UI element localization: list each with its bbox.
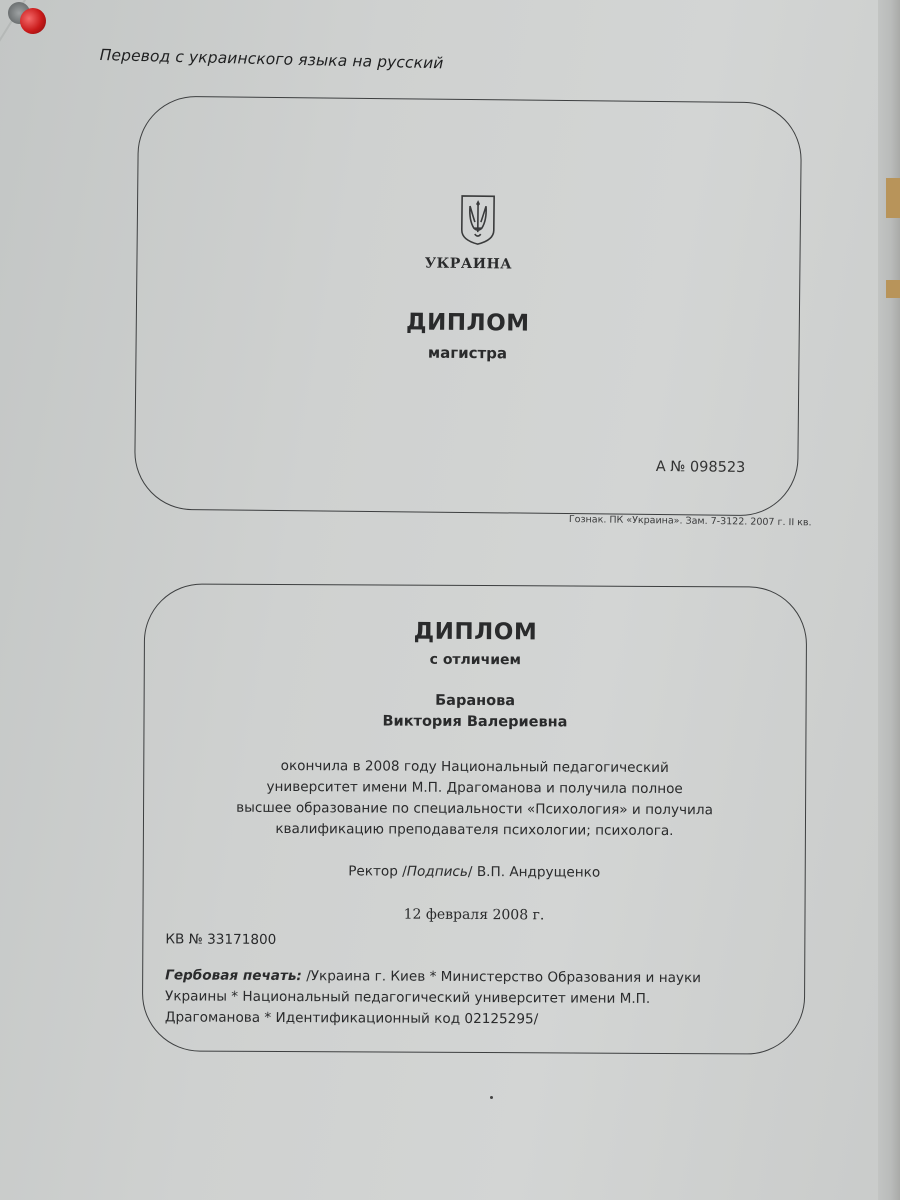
paper-speck bbox=[490, 1096, 493, 1099]
inner-title: ДИПЛОМ bbox=[145, 617, 806, 646]
page-tab bbox=[886, 280, 900, 298]
trident-coat-of-arms-icon bbox=[460, 194, 497, 246]
registration-number: КВ № 33171800 bbox=[165, 931, 276, 948]
graduate-given-names: Виктория Валериевна bbox=[144, 712, 805, 731]
rector-signature-line: Ректор /Подпись/ В.П. Андрущенко bbox=[144, 862, 805, 881]
diploma-cover-frame: УКРАИНА ДИПЛОМ магистра А № 098523 bbox=[134, 96, 802, 517]
graduation-statement: окончила в 2008 году Национальный педаго… bbox=[144, 755, 805, 842]
seal-text-line: Драгоманова * Идентификационный код 0212… bbox=[165, 1007, 785, 1031]
translation-note: Перевод с украинского языка на русский bbox=[100, 46, 444, 72]
statement-line: высшее образование по специальности «Пси… bbox=[144, 797, 805, 821]
seal-text-line: /Украина г. Киев * Министерство Образова… bbox=[302, 968, 701, 986]
official-seal-description: Гербовая печать: /Украина г. Киев * Мини… bbox=[165, 965, 785, 1031]
page-tab bbox=[886, 178, 900, 218]
cover-subtitle: магистра bbox=[136, 341, 798, 366]
diploma-inner-frame: ДИПЛОМ с отличием Баранова Виктория Вале… bbox=[142, 583, 807, 1054]
country-name: УКРАИНА bbox=[137, 253, 799, 276]
rector-name: / В.П. Андрущенко bbox=[468, 864, 600, 881]
honors-subtitle: с отличием bbox=[145, 650, 806, 669]
diploma-serial-number: А № 098523 bbox=[656, 459, 746, 476]
rector-label: Ректор / bbox=[348, 863, 407, 879]
statement-line: квалификацию преподавателя психологии; п… bbox=[144, 818, 805, 842]
graduate-surname: Баранова bbox=[145, 691, 806, 710]
cover-title: ДИПЛОМ bbox=[137, 307, 799, 340]
signature-placeholder: Подпись bbox=[407, 864, 468, 880]
page-stack-edge bbox=[878, 0, 900, 1200]
issue-date: 12 февраля 2008 г. bbox=[143, 905, 804, 924]
printer-imprint: Гознак. ПК «Украина». Зам. 7-3122. 2007 … bbox=[569, 514, 812, 528]
push-pin-icon bbox=[8, 2, 54, 42]
seal-label: Гербовая печать: bbox=[165, 967, 302, 984]
